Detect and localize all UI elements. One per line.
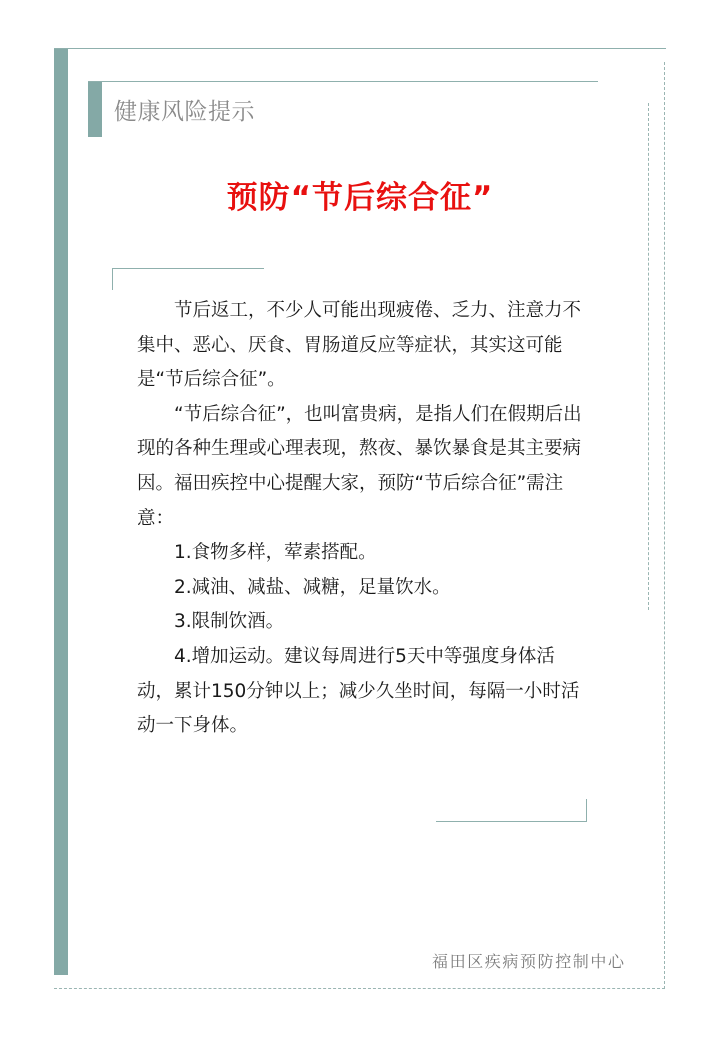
corner-bracket-top-left [112, 268, 264, 290]
footer-organization: 福田区疾病预防控制中心 [432, 950, 626, 974]
tip-item: 3.限制饮酒。 [137, 605, 587, 640]
article-body: 节后返工，不少人可能出现疲倦、乏力、注意力不集中、恶心、厌食、胃肠道反应等症状，… [137, 294, 587, 744]
section-title: 健康风险提示 [114, 96, 255, 128]
tip-item: 4.增加运动。建议每周进行5天中等强度身体活动，累计150分钟以上；减少久坐时间… [137, 640, 587, 744]
top-border-line [54, 48, 666, 49]
paragraph: “节后综合征”，也叫富贵病，是指人们在假期后出现的各种生理或心理表现，熬夜、暴饮… [137, 398, 587, 536]
section-title-line [88, 81, 598, 82]
bottom-dashed-border [54, 988, 665, 989]
section-title-accent [88, 81, 102, 137]
paragraph: 节后返工，不少人可能出现疲倦、乏力、注意力不集中、恶心、厌食、胃肠道反应等症状，… [137, 294, 587, 398]
corner-bracket-bottom-right [436, 799, 587, 822]
tip-item: 2.减油、减盐、减糖，足量饮水。 [137, 571, 587, 606]
tip-item: 1.食物多样，荤素搭配。 [137, 536, 587, 571]
page-title: 预防“节后综合征” [0, 176, 720, 220]
